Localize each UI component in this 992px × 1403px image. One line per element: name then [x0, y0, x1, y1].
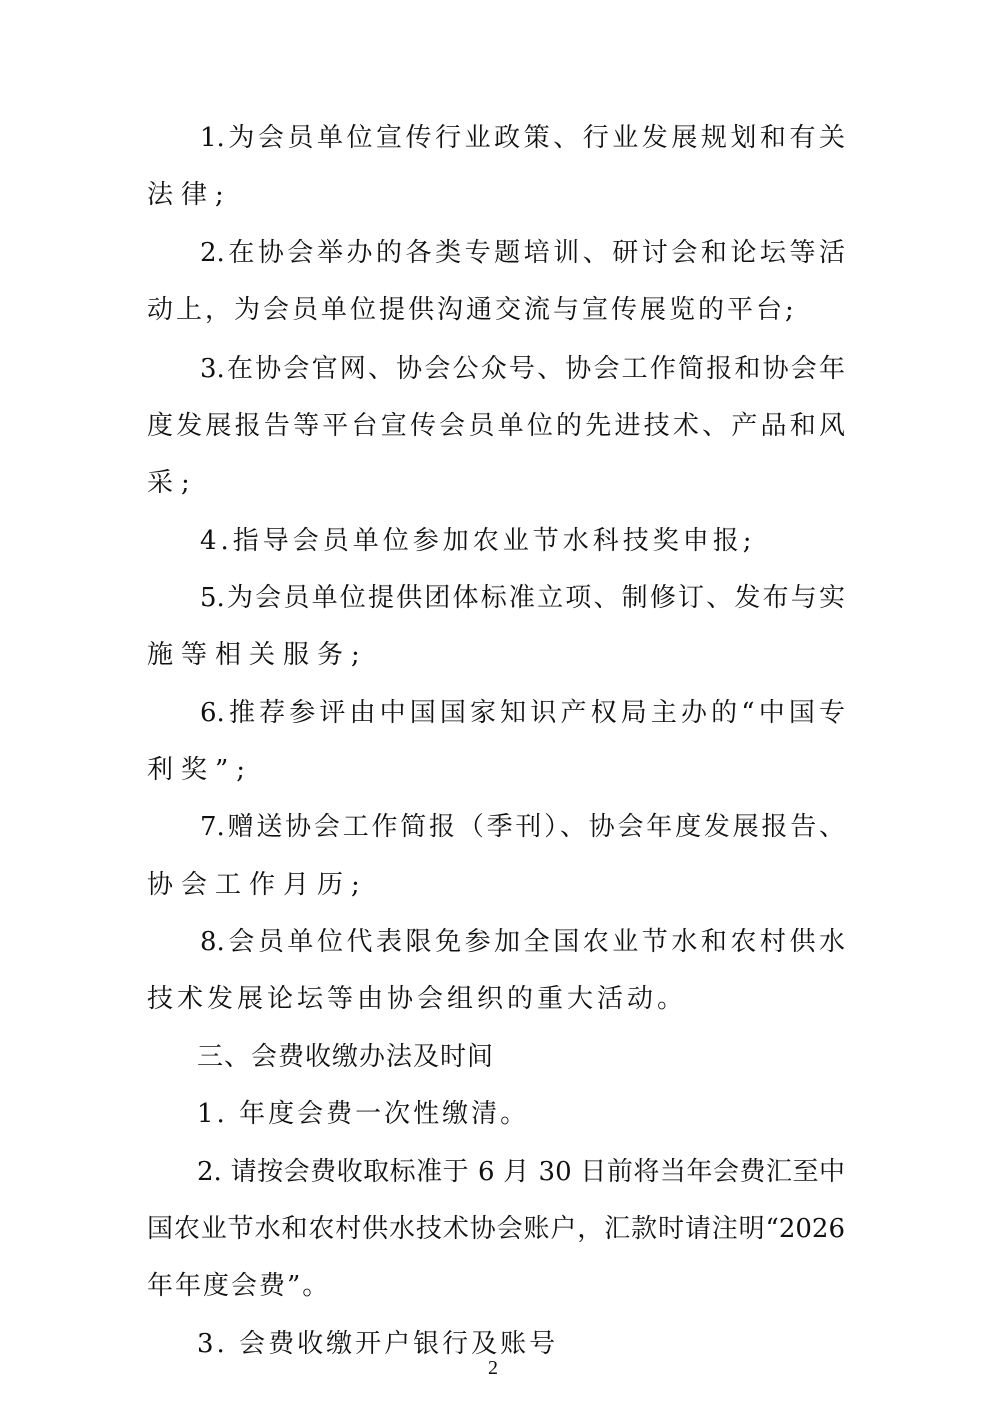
benefit-item-3-line-3: 采; [147, 463, 845, 503]
fee-item-2-line-1: 2. 请按会费收取标准于 6 月 30 日前将当年会费汇至中 [197, 1152, 845, 1192]
fee-item-3-line-1: 3. 会费收缴开户银行及账号 [197, 1324, 842, 1364]
benefit-item-6-line-2: 利奖”; [147, 750, 845, 790]
benefit-item-1-line-2: 法律; [147, 175, 845, 215]
document-page: 1.为会员单位宣传行业政策、行业发展规划和有关 法律; 2.在协会举办的各类专题… [0, 0, 992, 1403]
benefit-item-2-line-2: 动上，为会员单位提供沟通交流与宣传展览的平台; [147, 290, 845, 330]
fee-item-1-line-1: 1. 年度会费一次性缴清。 [197, 1094, 842, 1134]
benefit-item-8-line-2: 技术发展论坛等由协会组织的重大活动。 [147, 979, 845, 1019]
page-number: 2 [488, 1357, 498, 1380]
benefit-item-8-line-1: 8.会员单位代表限免参加全国农业节水和农村供水 [200, 922, 845, 962]
benefit-item-3-line-2: 度发展报告等平台宣传会员单位的先进技术、产品和风 [147, 406, 845, 446]
benefit-item-5-line-1: 5.为会员单位提供团体标准立项、制修订、发布与实 [200, 578, 845, 618]
fee-item-2-line-3: 年年度会费”。 [147, 1266, 845, 1306]
section-heading: 三、会费收缴办法及时间 [197, 1037, 494, 1077]
benefit-item-5-line-2: 施等相关服务; [147, 635, 845, 675]
benefit-item-7-line-2: 协会工作月历; [147, 865, 845, 905]
benefit-item-6-line-1: 6.推荐参评由中国国家知识产权局主办的“中国专 [200, 693, 845, 733]
benefit-item-1-line-1: 1.为会员单位宣传行业政策、行业发展规划和有关 [200, 118, 845, 158]
fee-item-2-line-2: 国农业节水和农村供水技术协会账户，汇款时请注明“2026 [147, 1209, 845, 1249]
benefit-item-3-line-1: 3.在协会官网、协会公众号、协会工作简报和协会年 [200, 349, 845, 389]
benefit-item-4-line-1: 4.指导会员单位参加农业节水科技奖申报; [200, 521, 845, 561]
benefit-item-2-line-1: 2.在协会举办的各类专题培训、研讨会和论坛等活 [200, 233, 845, 273]
benefit-item-7-line-1: 7.赠送协会工作简报（季刊）、协会年度发展报告、 [200, 807, 845, 847]
